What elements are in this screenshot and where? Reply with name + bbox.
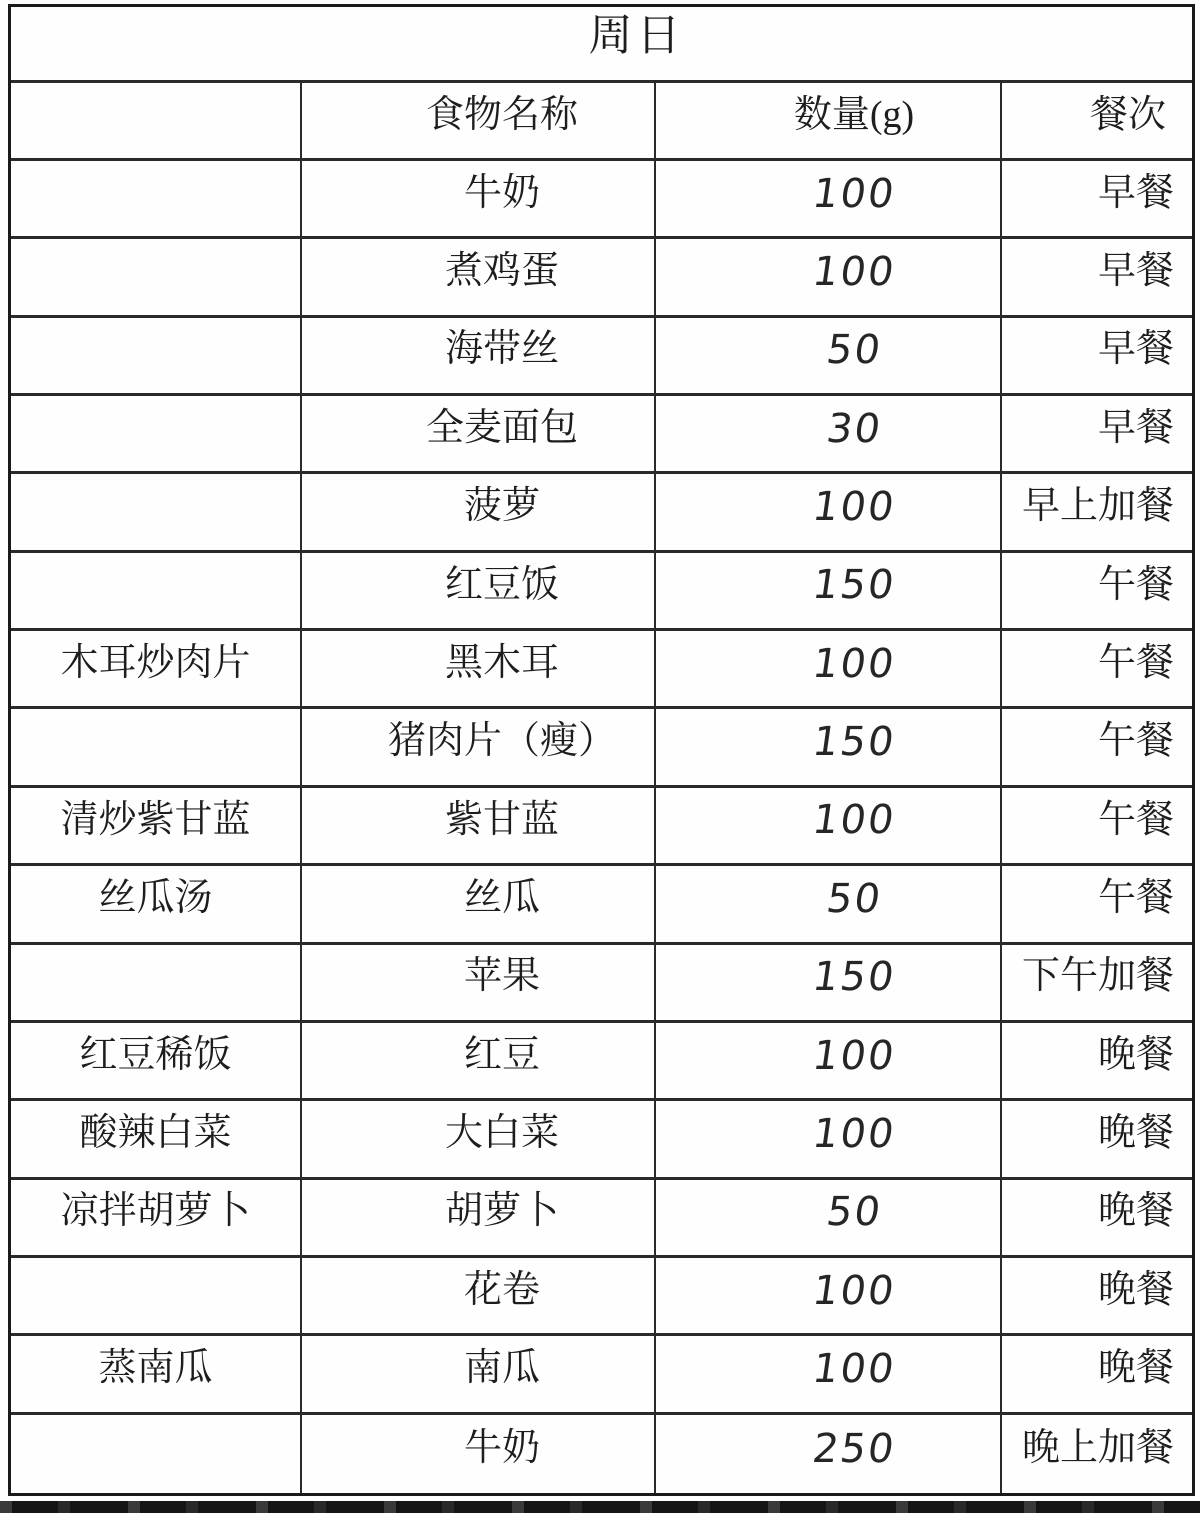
amount-cell: 100 — [656, 1258, 1002, 1336]
dish-cell: 酸辣白菜 — [11, 1101, 302, 1179]
food-cell: 大白菜 — [302, 1101, 656, 1179]
food-cell: 紫甘蓝 — [302, 788, 656, 866]
meal-cell: 午餐 — [1002, 788, 1192, 866]
meal-cell: 晚餐 — [1002, 1023, 1192, 1101]
meal-cell: 午餐 — [1002, 709, 1192, 787]
amount-value: 100 — [810, 1112, 899, 1156]
dish-cell — [11, 1258, 302, 1336]
amount-cell: 100 — [656, 631, 1002, 709]
amount-cell: 100 — [656, 161, 1002, 239]
food-cell: 红豆 — [302, 1023, 656, 1101]
meal-cell: 早餐 — [1002, 239, 1192, 317]
meal-cell: 下午加餐 — [1002, 945, 1192, 1023]
dish-cell — [11, 945, 302, 1023]
amount-value: 50 — [823, 1190, 884, 1234]
dish-cell: 丝瓜汤 — [11, 866, 302, 944]
amount-value: 100 — [810, 1347, 899, 1391]
table-title: 周日 — [11, 7, 1192, 83]
amount-cell: 100 — [656, 474, 1002, 552]
amount-cell: 100 — [656, 1101, 1002, 1179]
amount-value: 100 — [810, 250, 899, 294]
strip-ghost-marks — [0, 1501, 1200, 1513]
amount-cell: 100 — [656, 1336, 1002, 1414]
meal-cell: 晚餐 — [1002, 1336, 1192, 1414]
food-cell: 菠萝 — [302, 474, 656, 552]
header-dish — [11, 83, 302, 161]
meal-cell: 晚餐 — [1002, 1180, 1192, 1258]
dish-cell: 清炒紫甘蓝 — [11, 788, 302, 866]
meal-cell: 晚餐 — [1002, 1101, 1192, 1179]
food-cell: 牛奶 — [302, 1415, 656, 1493]
food-cell: 胡萝卜 — [302, 1180, 656, 1258]
amount-cell: 50 — [656, 318, 1002, 396]
dish-cell — [11, 396, 302, 474]
header-meal: 餐次 — [1002, 83, 1192, 161]
amount-value: 100 — [810, 1269, 899, 1313]
header-food-name: 食物名称 — [302, 83, 656, 161]
dish-cell: 木耳炒肉片 — [11, 631, 302, 709]
amount-value: 150 — [810, 955, 899, 999]
amount-value: 250 — [810, 1427, 899, 1471]
dish-cell — [11, 709, 302, 787]
meal-cell: 午餐 — [1002, 631, 1192, 709]
amount-cell: 100 — [656, 788, 1002, 866]
food-cell: 丝瓜 — [302, 866, 656, 944]
amount-value: 100 — [810, 798, 899, 842]
dish-cell — [11, 1415, 302, 1493]
amount-cell: 250 — [656, 1415, 1002, 1493]
amount-cell: 50 — [656, 1180, 1002, 1258]
amount-value: 50 — [823, 328, 884, 372]
meal-cell: 早餐 — [1002, 161, 1192, 239]
amount-value: 100 — [810, 642, 899, 686]
meal-cell: 午餐 — [1002, 553, 1192, 631]
dish-cell: 蒸南瓜 — [11, 1336, 302, 1414]
dish-cell — [11, 239, 302, 317]
food-cell: 全麦面包 — [302, 396, 656, 474]
amount-cell: 150 — [656, 553, 1002, 631]
amount-cell: 100 — [656, 1023, 1002, 1101]
scanned-meal-plan-page: 周日 食物名称 数量(g) 餐次 牛奶 100 早餐 煮鸡蛋 100 早餐 海带… — [0, 0, 1200, 1513]
meal-cell: 早餐 — [1002, 396, 1192, 474]
amount-value: 150 — [810, 563, 899, 607]
meal-cell: 午餐 — [1002, 866, 1192, 944]
food-cell: 猪肉片（瘦） — [302, 709, 656, 787]
amount-value: 50 — [823, 877, 884, 921]
meal-plan-table: 周日 食物名称 数量(g) 餐次 牛奶 100 早餐 煮鸡蛋 100 早餐 海带… — [8, 4, 1195, 1496]
dish-cell — [11, 161, 302, 239]
dish-cell — [11, 318, 302, 396]
food-cell: 红豆饭 — [302, 553, 656, 631]
meal-cell: 晚上加餐 — [1002, 1415, 1192, 1493]
food-cell: 苹果 — [302, 945, 656, 1023]
amount-value: 100 — [810, 172, 899, 216]
dish-cell — [11, 474, 302, 552]
dish-cell: 红豆稀饭 — [11, 1023, 302, 1101]
amount-cell: 150 — [656, 709, 1002, 787]
food-cell: 南瓜 — [302, 1336, 656, 1414]
header-amount: 数量(g) — [656, 83, 1002, 161]
amount-value: 100 — [810, 1034, 899, 1078]
food-cell: 黑木耳 — [302, 631, 656, 709]
truncated-next-page-strip — [0, 1501, 1200, 1513]
dish-cell: 凉拌胡萝卜 — [11, 1180, 302, 1258]
amount-cell: 100 — [656, 239, 1002, 317]
amount-cell: 50 — [656, 866, 1002, 944]
meal-cell: 早餐 — [1002, 318, 1192, 396]
amount-cell: 30 — [656, 396, 1002, 474]
amount-value: 150 — [810, 720, 899, 764]
dish-cell — [11, 553, 302, 631]
meal-cell: 晚餐 — [1002, 1258, 1192, 1336]
amount-value: 100 — [810, 485, 899, 529]
amount-value: 30 — [823, 407, 884, 451]
food-cell: 海带丝 — [302, 318, 656, 396]
food-cell: 煮鸡蛋 — [302, 239, 656, 317]
food-cell: 花卷 — [302, 1258, 656, 1336]
food-cell: 牛奶 — [302, 161, 656, 239]
amount-cell: 150 — [656, 945, 1002, 1023]
meal-cell: 早上加餐 — [1002, 474, 1192, 552]
